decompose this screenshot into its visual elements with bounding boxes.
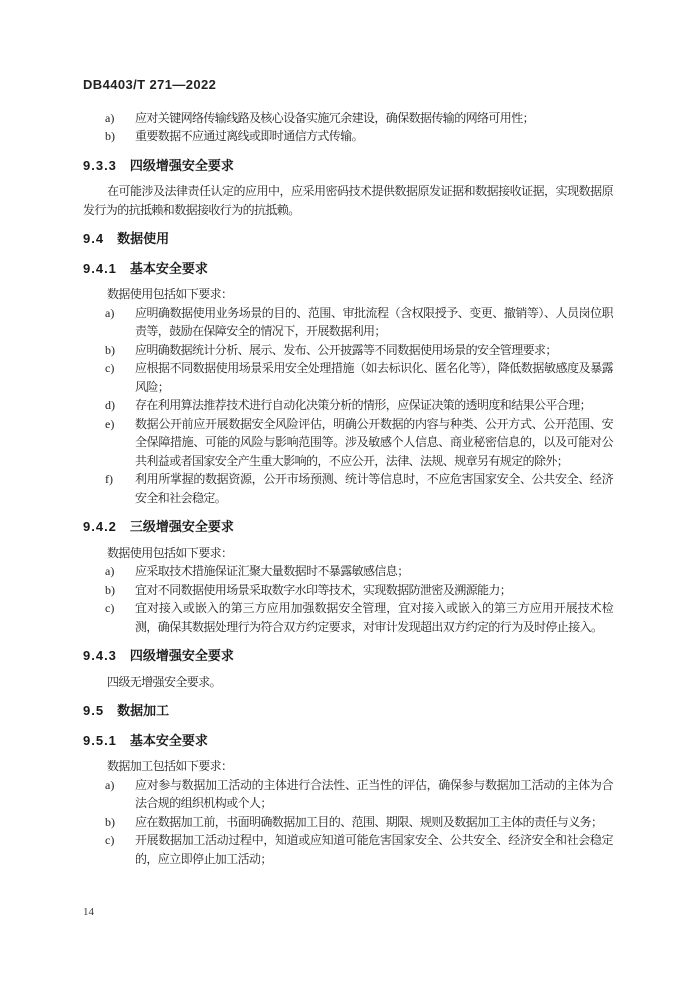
list-item-text: 宜对不同数据使用场景采取数字水印等技术，实现数据防泄密及溯源能力； (135, 581, 613, 600)
heading-number: 9.5.1 (83, 732, 117, 751)
header-doc-code: DB4403/T 271—2022 (83, 76, 613, 95)
paragraph-9-4-3: 四级无增强安全要求。 (83, 673, 613, 692)
list-item: b) 应明确数据统计分析、展示、发布、公开披露等不同数据使用场景的安全管理要求； (83, 341, 613, 360)
list-item-label: f) (105, 470, 135, 507)
list-item-label: b) (105, 341, 135, 360)
page-content: DB4403/T 271—2022 a) 应对关键网络传输线路及核心设备实施冗余… (83, 76, 613, 868)
section-heading-9-4: 9.4 数据使用 (83, 230, 613, 249)
list-item: f) 利用所掌握的数据资源，公开市场预测、统计等信息时，不应危害国家安全、公共安… (83, 470, 613, 507)
list-item-label: a) (105, 109, 135, 128)
heading-title: 基本安全要求 (130, 732, 208, 751)
section-heading-9-4-3: 9.4.3 四级增强安全要求 (83, 647, 613, 666)
list-item-label: a) (105, 304, 135, 341)
document-page: DB4403/T 271—2022 a) 应对关键网络传输线路及核心设备实施冗余… (0, 0, 700, 989)
list-item-text: 存在利用算法推荐技术进行自动化决策分析的情形，应保证决策的透明度和结果公平合理； (135, 396, 613, 415)
list-item-text: 利用所掌握的数据资源，公开市场预测、统计等信息时，不应危害国家安全、公共安全、经… (135, 470, 613, 507)
list-item: a) 应对参与数据加工活动的主体进行合法性、正当性的评估，确保参与数据加工活动的… (83, 776, 613, 813)
list-item: e) 数据公开前应开展数据安全风险评估，明确公开数据的内容与种类、公开方式、公开… (83, 415, 613, 471)
heading-title: 四级增强安全要求 (130, 647, 234, 666)
page-number: 14 (83, 906, 94, 918)
list-intro-9-5-1: 数据加工包括如下要求： (83, 757, 613, 776)
heading-title: 三级增强安全要求 (130, 518, 234, 537)
section-heading-9-4-2: 9.4.2 三级增强安全要求 (83, 518, 613, 537)
heading-number: 9.5 (83, 702, 104, 721)
list-9-4-2: a) 应采取技术措施保证汇聚大量数据时不暴露敏感信息； b) 宜对不同数据使用场… (83, 562, 613, 636)
list-item-label: c) (105, 831, 135, 868)
heading-number: 9.4.1 (83, 260, 117, 279)
list-item-label: b) (105, 581, 135, 600)
list-item-label: a) (105, 776, 135, 813)
list-9-5-1: a) 应对参与数据加工活动的主体进行合法性、正当性的评估，确保参与数据加工活动的… (83, 776, 613, 869)
heading-number: 9.4 (83, 230, 104, 249)
list-item: b) 应在数据加工前，书面明确数据加工目的、范围、期限、规则及数据加工主体的责任… (83, 813, 613, 832)
list-intro-9-4-2: 数据使用包括如下要求： (83, 544, 613, 563)
heading-title: 数据加工 (117, 702, 169, 721)
list-item-text: 应采取技术措施保证汇聚大量数据时不暴露敏感信息； (135, 562, 613, 581)
list-continued: a) 应对关键网络传输线路及核心设备实施冗余建设，确保数据传输的网络可用性； b… (83, 109, 613, 146)
list-item-text: 宜对接入或嵌入的第三方应用加强数据安全管理，宜对接入或嵌入的第三方应用开展技术检… (135, 599, 613, 636)
list-intro-9-4-1: 数据使用包括如下要求： (83, 285, 613, 304)
list-item: a) 应明确数据使用业务场景的目的、范围、审批流程（含权限授予、变更、撤销等）、… (83, 304, 613, 341)
list-item: b) 宜对不同数据使用场景采取数字水印等技术，实现数据防泄密及溯源能力； (83, 581, 613, 600)
paragraph-9-3-3: 在可能涉及法律责任认定的应用中，应采用密码技术提供数据原发证据和数据接收证据，实… (83, 182, 613, 219)
list-item-text: 开展数据加工活动过程中，知道或应知道可能危害国家安全、公共安全、经济安全和社会稳… (135, 831, 613, 868)
section-heading-9-5: 9.5 数据加工 (83, 702, 613, 721)
heading-number: 9.3.3 (83, 157, 117, 176)
list-item-label: b) (105, 813, 135, 832)
list-item-label: b) (105, 127, 135, 146)
list-item: c) 应根据不同数据使用场景采用安全处理措施（如去标识化、匿名化等），降低数据敏… (83, 359, 613, 396)
list-item-text: 应根据不同数据使用场景采用安全处理措施（如去标识化、匿名化等），降低数据敏感度及… (135, 359, 613, 396)
heading-title: 基本安全要求 (130, 260, 208, 279)
list-item: d) 存在利用算法推荐技术进行自动化决策分析的情形，应保证决策的透明度和结果公平… (83, 396, 613, 415)
list-item: b) 重要数据不应通过离线或即时通信方式传输。 (83, 127, 613, 146)
list-item: a) 应采取技术措施保证汇聚大量数据时不暴露敏感信息； (83, 562, 613, 581)
heading-title: 数据使用 (117, 230, 169, 249)
list-item-label: d) (105, 396, 135, 415)
section-heading-9-3-3: 9.3.3 四级增强安全要求 (83, 157, 613, 176)
list-9-4-1: a) 应明确数据使用业务场景的目的、范围、审批流程（含权限授予、变更、撤销等）、… (83, 304, 613, 508)
list-item: c) 宜对接入或嵌入的第三方应用加强数据安全管理，宜对接入或嵌入的第三方应用开展… (83, 599, 613, 636)
list-item-label: c) (105, 359, 135, 396)
list-item: c) 开展数据加工活动过程中，知道或应知道可能危害国家安全、公共安全、经济安全和… (83, 831, 613, 868)
heading-number: 9.4.3 (83, 647, 117, 666)
list-item-text: 应对关键网络传输线路及核心设备实施冗余建设，确保数据传输的网络可用性； (135, 109, 613, 128)
list-item-text: 数据公开前应开展数据安全风险评估，明确公开数据的内容与种类、公开方式、公开范围、… (135, 415, 613, 471)
list-item-label: e) (105, 415, 135, 471)
list-item-label: c) (105, 599, 135, 636)
heading-number: 9.4.2 (83, 518, 117, 537)
section-heading-9-4-1: 9.4.1 基本安全要求 (83, 260, 613, 279)
list-item-text: 重要数据不应通过离线或即时通信方式传输。 (135, 127, 613, 146)
list-item-label: a) (105, 562, 135, 581)
heading-title: 四级增强安全要求 (130, 157, 234, 176)
list-item-text: 应明确数据统计分析、展示、发布、公开披露等不同数据使用场景的安全管理要求； (135, 341, 613, 360)
section-heading-9-5-1: 9.5.1 基本安全要求 (83, 732, 613, 751)
list-item-text: 应明确数据使用业务场景的目的、范围、审批流程（含权限授予、变更、撤销等）、人员岗… (135, 304, 613, 341)
list-item-text: 应对参与数据加工活动的主体进行合法性、正当性的评估，确保参与数据加工活动的主体为… (135, 776, 613, 813)
list-item-text: 应在数据加工前，书面明确数据加工目的、范围、期限、规则及数据加工主体的责任与义务… (135, 813, 613, 832)
list-item: a) 应对关键网络传输线路及核心设备实施冗余建设，确保数据传输的网络可用性； (83, 109, 613, 128)
